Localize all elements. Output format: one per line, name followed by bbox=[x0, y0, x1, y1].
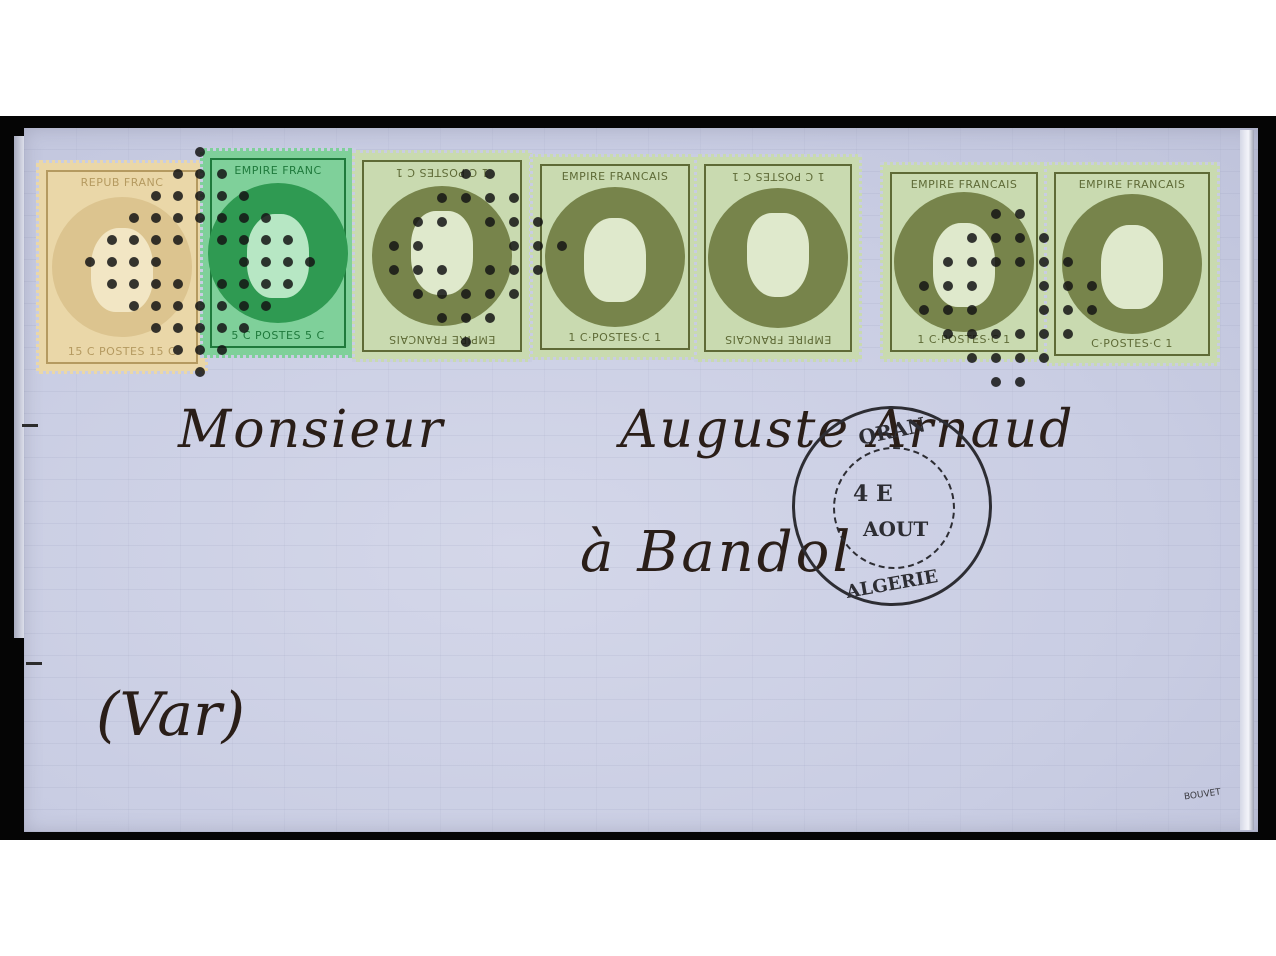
portrait-head-icon bbox=[411, 211, 473, 295]
stamp-inscription-bottom: 1 C POSTES C 1 bbox=[706, 170, 850, 183]
portrait-head-icon bbox=[247, 214, 309, 298]
stamp-inscription-top: EMPIRE FRANCAIS bbox=[706, 333, 850, 346]
portrait-head-icon bbox=[747, 213, 809, 297]
portrait-head-icon bbox=[933, 223, 995, 307]
stamp-medallion bbox=[894, 192, 1034, 332]
stamp-medallion bbox=[52, 197, 192, 337]
stamp-inscription-top: EMPIRE FRANC bbox=[212, 164, 344, 177]
stamp-inscription-top: EMPIRE FRANCAIS bbox=[364, 333, 520, 346]
stamp-inscription-bottom: 1 C·POSTES·C 1 bbox=[542, 331, 688, 344]
stamp-empire-5c-green: EMPIRE FRANC5 C POSTES 5 C bbox=[200, 148, 356, 358]
stamp-medallion bbox=[208, 183, 348, 323]
stamp-medallion bbox=[372, 186, 512, 326]
stamp-medallion bbox=[545, 187, 685, 327]
margin-mark bbox=[26, 662, 42, 665]
portrait-head-icon bbox=[584, 218, 646, 302]
stamp-inscription-bottom: 1 C·POSTES·C 1 bbox=[892, 333, 1036, 346]
cover-fold-edge-right bbox=[1240, 130, 1254, 830]
datestamp-month: AOUT bbox=[863, 517, 928, 541]
stamp-inscription-top: EMPIRE FRANCAIS bbox=[1056, 178, 1208, 191]
address-department: (Var) bbox=[96, 680, 245, 750]
stamp-medallion bbox=[1062, 194, 1202, 334]
stamp-inscription-top: REPUB FRANC bbox=[48, 176, 196, 189]
portrait-head-icon bbox=[91, 228, 153, 312]
stamp-inscription-bottom: C·POSTES·C 1 bbox=[1056, 337, 1208, 350]
portrait-head-icon bbox=[1101, 225, 1163, 309]
stamp-medallion bbox=[708, 188, 848, 328]
stamp-inscription-top: EMPIRE FRANCAIS bbox=[542, 170, 688, 183]
stamp-ceres-15c: REPUB FRANC15 C POSTES 15 C bbox=[36, 160, 208, 374]
stamp-inscription-bottom: 5 C POSTES 5 C bbox=[212, 329, 344, 342]
circular-datestamp: ORAN 4 E AOUT ALGERIE bbox=[792, 406, 992, 606]
address-salutation: Monsieur bbox=[178, 400, 444, 460]
stamp-inscription-top: EMPIRE FRANCAIS bbox=[892, 178, 1036, 191]
stamp-empire-1c-olive-4: EMPIRE FRANCAIS1 C·POSTES·C 1 bbox=[880, 162, 1048, 362]
datestamp-inner-ring bbox=[833, 447, 955, 569]
stamp-empire-1c-olive-3: EMPIRE FRANCAIS1 C POSTES C 1 bbox=[694, 154, 862, 362]
datestamp-day: 4 E bbox=[853, 481, 893, 507]
margin-mark bbox=[22, 424, 38, 427]
stamp-empire-1c-olive-1: EMPIRE FRANCAIS1 C POSTES C 1 bbox=[352, 150, 532, 362]
stamp-empire-1c-olive-5: EMPIRE FRANCAISC·POSTES·C 1 bbox=[1044, 162, 1220, 366]
stamp-empire-1c-olive-2: EMPIRE FRANCAIS1 C·POSTES·C 1 bbox=[530, 154, 700, 360]
stamp-inscription-bottom: 1 C POSTES C 1 bbox=[364, 166, 520, 179]
stamp-inscription-bottom: 15 C POSTES 15 C bbox=[48, 345, 196, 358]
